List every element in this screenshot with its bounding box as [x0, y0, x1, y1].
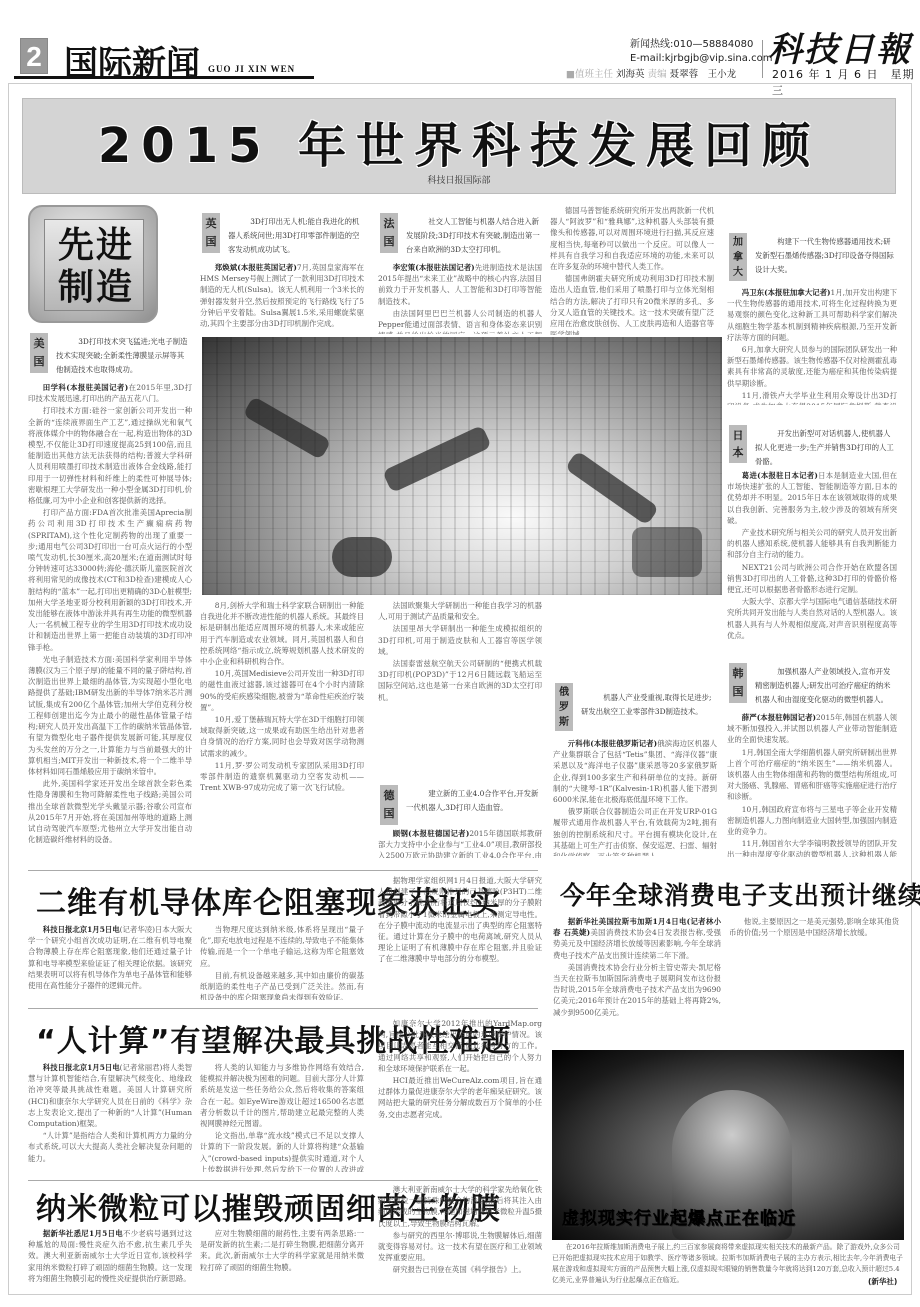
robot-arm-shape	[382, 425, 492, 493]
country-box-russia: 俄罗斯 机器人产业受重视,取得长足进步;研发出航空工业零部件3D制造技术。	[555, 683, 715, 733]
country-summary: 社交人工智能与机器人结合进入新发展阶段;3D打印技术有突破,制造出第一台来自欧洲…	[406, 215, 540, 257]
dateline: 科技日报北京1月5日电	[43, 1063, 120, 1072]
duty-editor-label: ■值班主任	[566, 69, 613, 80]
article-hc-col2: 将人类的认知能力与多维协作网络有效结合,能模拟并解决极为困难的问题。目前大部分人…	[200, 1062, 364, 1172]
badge-text: 先进 制造	[51, 224, 141, 308]
article-france-cont: 法国欧聚集大学研制出一种能自我学习的机器人,可用于测试产品质量和安全。 法国里昂…	[378, 600, 542, 770]
divider	[28, 870, 538, 871]
vr-photo-credit: (新华社)	[868, 1276, 897, 1287]
article-hc-col3: 如康奈尔大学2012年推出的YardMap.org网,旨在分批逐次地绘出全球的环…	[378, 1018, 542, 1173]
reporter: 顾钢(本报驻德国记者)	[393, 829, 470, 838]
article-germany: 顾钢(本报驻德国记者)2015年德国联邦教研部大力支持中小企业参与“工业4.0”…	[378, 828, 542, 858]
country-tag: 法国	[380, 213, 398, 253]
advanced-manufacturing-badge: 先进 制造	[28, 205, 158, 323]
masthead-divider	[762, 40, 763, 78]
vr-photo-caption: 虚拟现实行业起爆点正在临近	[562, 1204, 796, 1229]
reporter: 冯卫东(本报驻加拿大记者)	[742, 288, 831, 297]
robot-arm-shape	[243, 396, 332, 460]
editors-line: ■值班主任 刘海英 责编 聂翠蓉 王小龙	[566, 66, 736, 80]
country-box-canada: 加拿大 构建下一代生物传感器通用技术;研发新型石墨烯传感器;3D打印设备夺得国际…	[729, 233, 899, 283]
hotline: 新闻热线:010—58884080	[630, 38, 772, 52]
country-box-france: 法国 社交人工智能与机器人结合进入新发展阶段;3D打印技术有突破,制造出第一台来…	[380, 213, 540, 257]
vr-photo-description: 在2016年拉斯维加斯消费电子展上,约三百家参展商将带来虚拟现实相关技术的最新产…	[552, 1242, 904, 1286]
country-box-korea: 韩国 加强机器人产业领域投入,宣布开发精密制造机器人;研发出可治疗癌症的纳米机器…	[729, 663, 899, 707]
masthead: 2 国际新闻 GUO JI XIN WEN 新闻热线:010—58884080 …	[0, 0, 920, 80]
reporter: 郑焕斌(本报驻英国记者)	[215, 263, 297, 272]
article-nano-col1: 据新华社悉尼1月5日电不少老病号遇到过这种尴尬的局面:慢性炎症久治不愈,抗生素几…	[28, 1228, 192, 1288]
country-summary: 建立新的工业4.0合作平台,开发新一代机器人,3D打印人造血管。	[406, 787, 540, 815]
country-summary: 构建下一代生物传感器通用技术;研发新型石墨烯传感器;3D打印设备夺得国际设计大奖…	[755, 235, 897, 277]
article-coulomb-col1: 科技日报北京1月5日电(记者华凌)日本大阪大学一个研究小组首次成功证明,在二维有…	[28, 924, 192, 1000]
section-editor-label: 责编	[648, 69, 667, 80]
country-box-uk: 英国 3D打印出无人机;能自我进化的机器人系统问世;用3D打印零部件制造的空客发…	[202, 213, 362, 257]
dateline: 据新华社悉尼1月5日电	[43, 1229, 123, 1238]
section-editors: 聂翠蓉 王小龙	[670, 69, 737, 80]
country-summary: 机器人产业受重视,取得长足进步;研发出航空工业零部件3D制造技术。	[581, 691, 715, 719]
country-tag: 日本	[729, 425, 747, 463]
article-germany-cont: 德国马普智能系统研究所开发出两款新一代机器人“阿波罗”和“雅典娜”,这种机器人头…	[550, 205, 714, 335]
article-japan: 葛进(本报驻日本记者)日本是制造业大国,但在市场快速扩张的人工智能、智能制造等方…	[727, 470, 897, 650]
dateline: 据新华社美国拉斯韦加斯1月4日电	[568, 917, 687, 926]
divider	[28, 1180, 538, 1181]
feature-banner: 2015 年世界科技发展回顾 科技日报国际部	[22, 98, 896, 194]
headline-consumer-electronics: 今年全球消费电子支出预计继续下滑	[560, 876, 920, 912]
article-korea: 薛严(本报驻韩国记者)2015年,韩国在机器人领域不断加强投入,并试图以机器人产…	[727, 712, 897, 857]
country-box-germany: 德国 建立新的工业4.0合作平台,开发新一代机器人,3D打印人造血管。	[380, 785, 540, 825]
article-nano-col2: 应对生物膜细菌的耐药性,主要有两条思路:一是研发新的抗生素;二是打碎生物膜,把细…	[200, 1228, 364, 1288]
article-electronics-col1: 据新华社美国拉斯韦加斯1月4日电(记者林小春 石英婕)美国消费技术协会4日发表报…	[553, 916, 721, 1016]
reporter: 葛进(本报驻日本记者)	[742, 471, 818, 480]
robot-base-shape	[632, 527, 702, 577]
reporter: 亓科伟(本报驻俄罗斯记者)	[568, 739, 657, 748]
feature-title: 2015 年世界科技发展回顾	[23, 107, 895, 176]
reporter: 薛严(本报驻韩国记者)	[742, 713, 816, 722]
email-link[interactable]: E-mail:kjrbgjb@vip.sina.com	[630, 52, 772, 66]
article-nano-col3: 澳大利亚新南威尔士大学的科学家先给氧化铁纳米微粒一层特殊的聚合物涂层,然后将其注…	[378, 1184, 542, 1288]
contact-info: 新闻热线:010—58884080 E-mail:kjrbgjb@vip.sin…	[630, 38, 772, 66]
reporter: 田学科(本报驻美国记者)	[43, 383, 128, 392]
country-tag: 德国	[380, 785, 398, 825]
dateline: 科技日报北京1月5日电	[43, 925, 120, 934]
country-box-japan: 日本 开发出新型可对话机器人,使机器人拟人化更进一步;生产并销售3D打印的人工骨…	[729, 425, 899, 465]
country-summary: 3D打印出无人机;能自我进化的机器人系统问世;用3D打印零部件制造的空客发动机成…	[228, 215, 362, 257]
section-rule	[14, 76, 314, 79]
feature-byline: 科技日报国际部	[23, 173, 895, 186]
reporter: 李宏策(本报驻法国记者)	[393, 263, 475, 272]
article-canada: 冯卫东(本报驻加拿大记者)1月,加开发出构建下一代生物传感器的通用技术,可将生化…	[727, 287, 897, 405]
country-tag: 韩国	[729, 663, 747, 703]
page-number: 2	[20, 38, 48, 74]
newspaper-logo: 科技日報	[768, 22, 912, 71]
article-russia: 亓科伟(本报驻俄罗斯记者)俄滨海边区机器人产业集群联合了包括“Tetis”集团、…	[553, 738, 717, 856]
country-summary: 开发出新型可对话机器人,使机器人拟人化更进一步;生产并销售3D打印的人工骨骼。	[755, 427, 897, 469]
section-pinyin: GUO JI XIN WEN	[208, 64, 295, 74]
article-uk: 郑焕斌(本报驻英国记者)7月,英国皇家海军在HMS Mersey号舰上测试了一款…	[200, 262, 364, 334]
robot-base-shape	[332, 537, 392, 577]
duty-editor: 刘海英	[616, 69, 645, 80]
vr-photo: 虚拟现实行业起爆点正在临近	[552, 1050, 904, 1240]
article-coulomb-col3: 据物理学家组织网1月4日报道,大阪大学研究人员创建了一层规则排列的己基噻吩(P3…	[378, 875, 542, 1000]
robot-arm-shape	[565, 450, 660, 525]
country-box-usa: 美国 3D打印技术突飞猛进;光电子制造技术实现突破;全新柔性薄膜显示屏等其他制造…	[30, 333, 190, 377]
article-france: 李宏策(本报驻法国记者)先进制造技术是法国2015年提出“未来工业”战略中的核心…	[378, 262, 542, 334]
country-summary: 加强机器人产业领域投入,宣布开发精密制造机器人;研发出可治疗癌症的纳米机器人和由…	[755, 665, 897, 707]
article-hc-col1: 科技日报北京1月5日电(记者常丽君)将人类智慧与计算机智能结合,有望解决气候变化…	[28, 1062, 192, 1172]
article-coulomb-col2: 当物理尺度达到纳米级,体系将呈现出“量子化”,即充电放电过程是不连续的,导致电子…	[200, 924, 364, 1000]
country-tag: 俄罗斯	[555, 683, 573, 731]
article-electronics-col2: 他说,主要原因之一是美元强势,影响全球其他货币的价值;另一个原因是中国经济增长放…	[729, 916, 899, 1016]
divider	[28, 1008, 538, 1009]
country-tag: 加拿大	[729, 233, 747, 281]
article-usa: 田学科(本报驻美国记者)在2015年里,3D打印技术发展迅速,打印出的产品五花八…	[28, 382, 192, 852]
factory-robot-photo	[202, 337, 722, 595]
article-uk-cont: 8月,剑桥大学和瑞士科学家联合研制出一种能自我进化并不断改进性能的机器人系统。其…	[200, 600, 364, 855]
country-summary: 3D打印技术突飞猛进;光电子制造技术实现突破;全新柔性薄膜显示屏等其他制造技术也…	[56, 335, 190, 377]
country-tag: 美国	[30, 333, 48, 373]
country-tag: 英国	[202, 213, 220, 253]
